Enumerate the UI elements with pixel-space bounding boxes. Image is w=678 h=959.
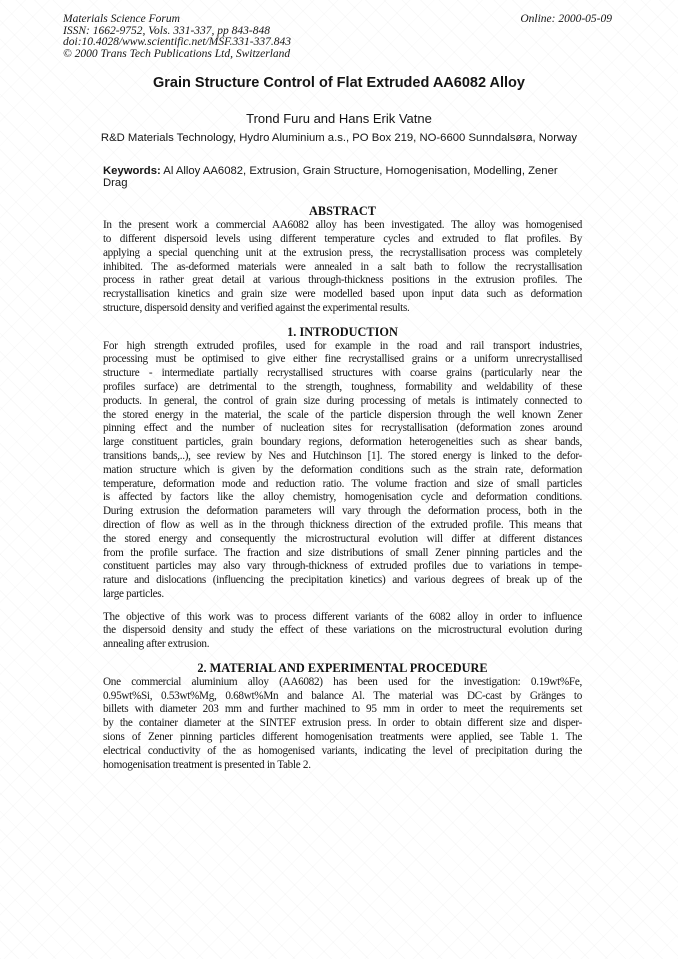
text-line: 0.95wt%Si, 0.53wt%Mg, 0.68wt%Mn and bala…: [103, 690, 582, 704]
journal-name: Materials Science Forum: [63, 14, 291, 26]
text-line: homogenisation treatment is presented in…: [103, 759, 582, 773]
section: 1. INTRODUCTION For high strength extrud…: [103, 326, 582, 652]
section: ABSTRACT In the present work a commercia…: [103, 205, 582, 315]
sections-container: ABSTRACT In the present work a commercia…: [103, 205, 582, 772]
text-line: large constituent particles, grain bound…: [103, 436, 582, 450]
paragraph: In the present work a commercial AA6082 …: [103, 219, 582, 316]
paragraph: The objective of this work was to proces…: [103, 611, 582, 652]
text-line: transitions bands,..), see review by Nes…: [103, 450, 582, 464]
journal-header: Materials Science Forum ISSN: 1662-9752,…: [0, 14, 678, 60]
text-line: In the present work a commercial AA6082 …: [103, 219, 582, 233]
paper-title: Grain Structure Control of Flat Extruded…: [0, 75, 678, 91]
text-line: processing must be optimised to give eit…: [103, 353, 582, 367]
section-heading: 2. MATERIAL AND EXPERIMENTAL PROCEDURE: [103, 662, 582, 676]
text-line: by the container diameter at the SINTEF …: [103, 717, 582, 731]
online-date: Online: 2000-05-09: [520, 14, 612, 26]
text-line: mation structure which is given by the d…: [103, 464, 582, 478]
paragraph: One commercial aluminium alloy (AA6082) …: [103, 676, 582, 773]
text-line: process in rather great detail at variou…: [103, 274, 582, 288]
text-line: inhibited. The as-deformed materials wer…: [103, 261, 582, 275]
text-line: structure, dispersoid density and verifi…: [103, 302, 582, 316]
text-line: from the profile surface. The fraction a…: [103, 547, 582, 561]
text-line: annealing after extrusion.: [103, 638, 582, 652]
text-line: direction of flow as well as in the thro…: [103, 519, 582, 533]
text-line: temperature, deformation mode and reduct…: [103, 478, 582, 492]
text-line: pinning effect and the number of nucleat…: [103, 422, 582, 436]
paragraph: For high strength extruded profiles, use…: [103, 340, 582, 602]
copyright-line: © 2000 Trans Tech Publications Ltd, Swit…: [63, 49, 291, 61]
text-line: profiles surface) are detrimental to the…: [103, 381, 582, 395]
text-line: During extrusion the deformation paramet…: [103, 505, 582, 519]
affiliation-line: R&D Materials Technology, Hydro Aluminiu…: [0, 132, 678, 144]
text-line: to different dispersoid levels using dif…: [103, 233, 582, 247]
section-heading: 1. INTRODUCTION: [103, 326, 582, 340]
text-line: constituent particles may also vary thro…: [103, 560, 582, 574]
text-line: The objective of this work was to proces…: [103, 611, 582, 625]
section-body: For high strength extruded profiles, use…: [103, 340, 582, 653]
text-line: is affected by factors like the alloy ch…: [103, 491, 582, 505]
section: 2. MATERIAL AND EXPERIMENTAL PROCEDURE O…: [103, 662, 582, 772]
keywords-text: Al Alloy AA6082, Extrusion, Grain Struct…: [103, 165, 558, 189]
text-line: products. In general, the control of gra…: [103, 395, 582, 409]
text-line: recrystallisation kinetics and grain siz…: [103, 288, 582, 302]
keywords-label: Keywords:: [103, 165, 161, 177]
keywords-line: Keywords: Al Alloy AA6082, Extrusion, Gr…: [103, 165, 582, 189]
section-body: In the present work a commercial AA6082 …: [103, 219, 582, 316]
authors-line: Trond Furu and Hans Erik Vatne: [0, 112, 678, 126]
text-line: sions of Zener pinning particles differe…: [103, 731, 582, 745]
journal-meta-block: Materials Science Forum ISSN: 1662-9752,…: [63, 14, 291, 60]
section-heading: ABSTRACT: [103, 205, 582, 219]
text-line: rature and dislocations (influencing the…: [103, 574, 582, 588]
text-line: the stored energy in the material, the s…: [103, 409, 582, 423]
text-line: structure - intermediate partially recry…: [103, 367, 582, 381]
section-body: One commercial aluminium alloy (AA6082) …: [103, 676, 582, 773]
text-line: For high strength extruded profiles, use…: [103, 340, 582, 354]
text-line: electrical conductivity of the as homoge…: [103, 745, 582, 759]
paper-page: Materials Science Forum ISSN: 1662-9752,…: [0, 0, 678, 959]
text-line: applying a special quenching unit at the…: [103, 247, 582, 261]
text-line: One commercial aluminium alloy (AA6082) …: [103, 676, 582, 690]
text-line: the dispersoid density and study the eff…: [103, 624, 582, 638]
text-line: large particles.: [103, 588, 582, 602]
text-line: billets with diameter 203 mm and further…: [103, 703, 582, 717]
text-line: the stored energy and consequently the m…: [103, 533, 582, 547]
